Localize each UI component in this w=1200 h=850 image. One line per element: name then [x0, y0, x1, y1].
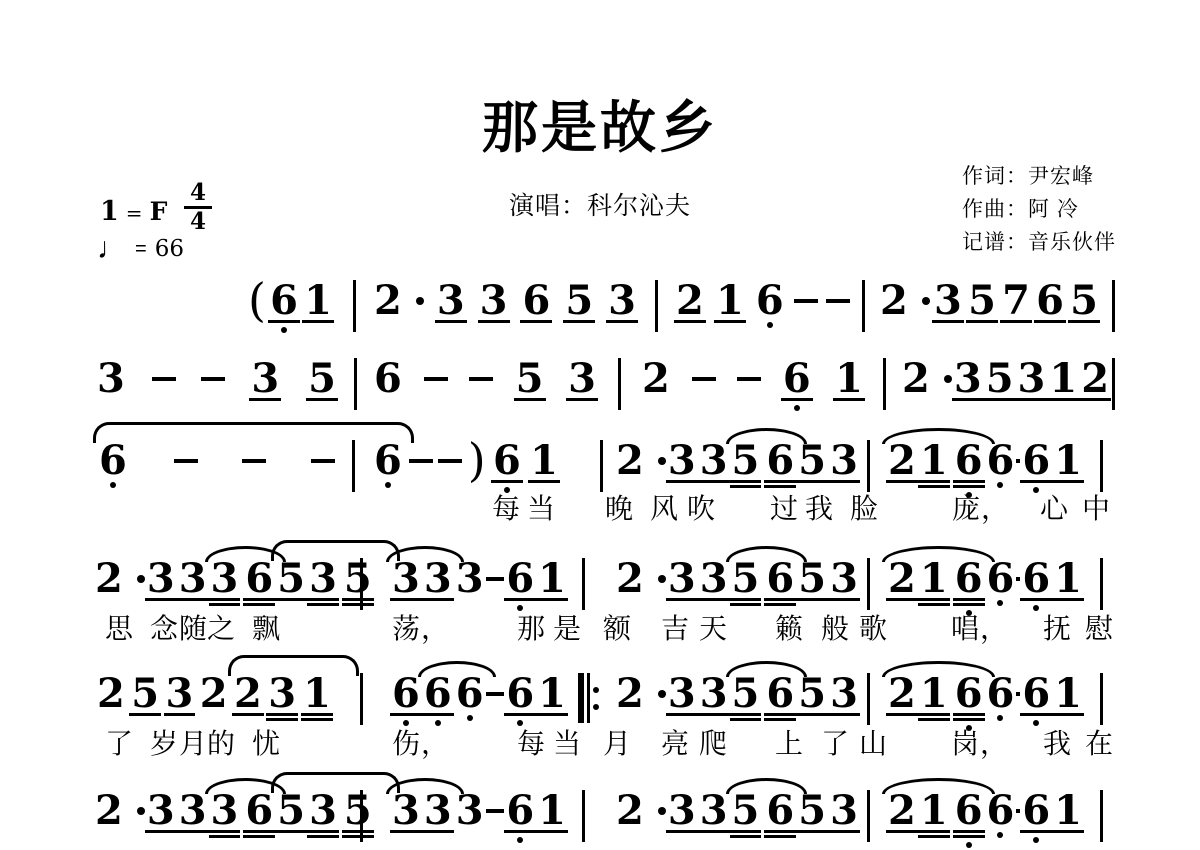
measure: 2335653: [614, 444, 854, 488]
note-digit: 1: [918, 794, 950, 838]
note-digit: 5: [342, 562, 374, 606]
note-number: 3: [435, 284, 467, 318]
beam-underline: [918, 830, 950, 833]
note-cell: 3: [1016, 362, 1048, 401]
beam-underline: [828, 480, 860, 483]
note-digit: 6: [764, 794, 796, 838]
note-cell: 16: [918, 677, 985, 731]
note-cell: 2: [878, 284, 930, 318]
slur-arc: [882, 778, 995, 794]
lyric-char: 飘: [252, 614, 280, 644]
note-digit: 6: [268, 284, 300, 333]
lyric-char: 额: [603, 614, 631, 644]
note-digit: 6: [985, 562, 1017, 606]
beam-underline: [918, 713, 950, 716]
note-number: 1: [1047, 362, 1079, 396]
note-cell: 6: [504, 794, 536, 843]
note-cell: 16: [918, 794, 985, 848]
note-number: 5: [275, 562, 307, 596]
note-number: 2: [614, 444, 646, 478]
lyric-char: 山: [859, 729, 887, 759]
beam-underline: [232, 713, 264, 716]
low-octave-dot: [435, 720, 441, 726]
note-digit: 6: [953, 677, 985, 731]
note-cell: 3: [932, 284, 964, 323]
note-digit: 3: [454, 562, 486, 596]
barline: [360, 673, 363, 725]
note-digit: 2: [232, 677, 264, 716]
measure: 23336535: [93, 794, 333, 838]
note-digit: 3: [177, 794, 209, 833]
barline: [883, 358, 886, 410]
tempo-equals: =: [135, 238, 147, 261]
low-octave-dot: [385, 482, 391, 488]
measure: 216661: [886, 444, 1084, 498]
beam-underline: [342, 830, 374, 833]
note-number: 6: [454, 677, 486, 711]
note-cell: 2: [640, 362, 672, 396]
note-cell: 3: [95, 362, 127, 396]
note-number: 3: [932, 284, 964, 318]
note-number: 1: [1052, 794, 1084, 828]
note-digit: 1: [1047, 362, 1079, 401]
slur-arc: [228, 655, 359, 676]
note-number: 2: [614, 677, 646, 711]
beam-underline: [666, 830, 698, 833]
note-cell: 5: [514, 362, 546, 401]
note-number: 2: [886, 444, 918, 478]
measure: 2335653: [614, 562, 854, 606]
slur-arc: [418, 661, 496, 677]
note-cell: 1: [1052, 794, 1084, 833]
beam-underline: [764, 598, 796, 601]
note-digit: 1: [1052, 562, 1084, 601]
augmentation-dot: [658, 457, 666, 465]
lyric-char: 风: [650, 494, 678, 524]
note-cell: 7: [1000, 284, 1032, 323]
lyric-char: 吹: [687, 494, 715, 524]
note-cell: 56: [730, 794, 797, 838]
note-number: 1: [528, 444, 560, 478]
note-cell: 3: [478, 284, 510, 323]
lyric-char: 了: [821, 729, 849, 759]
augmentation-dot: [658, 690, 666, 698]
note-number: 6: [520, 284, 552, 318]
beam-underline: [764, 485, 796, 488]
lyric-char: 天: [699, 614, 727, 644]
beam-underline: [932, 320, 964, 323]
note-number: 6: [953, 444, 985, 478]
note-cell: 3: [566, 362, 598, 401]
note-number: 3: [307, 562, 339, 596]
note-digit: 6: [372, 444, 404, 488]
note-number: 1: [918, 444, 950, 478]
lyric-char: 慰: [1085, 614, 1113, 644]
beam-underline: [528, 480, 560, 483]
note-cell: 6: [504, 562, 536, 611]
lyric-char: 脸: [850, 494, 878, 524]
note-cell: 3: [828, 444, 860, 483]
note-digit: 3: [266, 677, 298, 721]
note-cell: 2: [900, 362, 952, 396]
beam-underline: [953, 718, 985, 721]
note-number: 3: [145, 794, 177, 828]
note-number: 1: [1052, 444, 1084, 478]
note-cell: 3: [454, 562, 486, 596]
note-digit: 3: [390, 794, 422, 833]
lyric-char: ，: [980, 614, 1008, 644]
note-number: 2: [1079, 362, 1111, 396]
beam-underline: [1016, 398, 1048, 401]
barline: [867, 790, 870, 842]
note-number: 5: [796, 562, 828, 596]
augmentation-dot: [658, 807, 666, 815]
note-number: 1: [1052, 562, 1084, 596]
note-digit: 1: [302, 284, 334, 323]
beam-underline: [342, 835, 374, 838]
note-cell: 5: [275, 562, 307, 601]
beam-underline: [730, 485, 762, 488]
note-digit: 2: [198, 677, 230, 711]
note-number: 1: [918, 562, 950, 596]
note-digit: 2: [640, 362, 672, 396]
beam-underline: [796, 598, 828, 601]
note-number: 5: [966, 284, 998, 318]
note-cell: 3: [666, 562, 698, 601]
key-equals: =: [126, 201, 143, 225]
note-number: 6: [504, 677, 536, 711]
beam-underline: [796, 713, 828, 716]
note-cell: 3: [422, 562, 454, 601]
note-digit: 6: [390, 677, 422, 726]
lyric-char: 吉: [661, 614, 689, 644]
sheet-music-page: 那是故乡 演唱：科尔沁夫 作词：尹宏峰 作曲：阿 冷 记谱：音乐伙伴 1 = F…: [0, 0, 1200, 850]
lyric-char: 在: [1085, 729, 1113, 759]
note-number: 3: [698, 677, 730, 711]
dash-note: [826, 299, 850, 303]
note-cell: 6: [1034, 284, 1066, 323]
note-cell: 6: [454, 677, 486, 721]
note-digit: 5: [514, 362, 546, 401]
lyric-char: 随: [179, 614, 207, 644]
note-digit: 3: [145, 794, 177, 833]
low-octave-dot: [1033, 487, 1039, 493]
slur-arc: [726, 546, 807, 562]
low-octave-dot: [1033, 605, 1039, 611]
note-digit: 1: [918, 562, 950, 606]
note-cell: 6: [1020, 677, 1052, 726]
note-digit: 3: [932, 284, 964, 323]
note-cell: 2: [614, 677, 666, 711]
measure: 2532231: [95, 677, 333, 721]
repeat-start-barline: [578, 673, 599, 723]
beam-underline: [422, 598, 454, 601]
beam-underline: [209, 830, 241, 833]
note-number: 6: [1034, 284, 1066, 318]
lyric-char: 庞: [952, 494, 980, 524]
beam-underline: [606, 320, 638, 323]
beam-underline: [764, 830, 796, 833]
beam-underline: [918, 485, 950, 488]
note-digit: 5: [984, 362, 1016, 401]
key-letter: F: [150, 197, 168, 226]
tempo-bpm: 66: [155, 236, 184, 262]
slur-arc: [882, 546, 995, 562]
dash-note: [438, 459, 462, 463]
measure: 216661: [886, 677, 1084, 731]
note-digit: 2: [886, 562, 918, 601]
note-digit: 3: [666, 444, 698, 483]
beam-underline: [730, 480, 762, 483]
beam-underline: [435, 320, 467, 323]
note-cell: 36: [209, 562, 276, 606]
note-digit: 5: [306, 362, 338, 401]
dash-note: [794, 299, 818, 303]
beam-underline: [1068, 320, 1100, 323]
note-number: 6: [985, 677, 1017, 711]
note-digit: 2: [1079, 362, 1111, 401]
measure: 216: [674, 284, 850, 328]
beam-underline: [666, 480, 698, 483]
lyric-char: 忧: [252, 729, 280, 759]
note-number: 5: [342, 794, 374, 828]
note-cell: 3: [145, 562, 177, 601]
beam-underline: [390, 713, 422, 716]
beam-underline: [520, 320, 552, 323]
note-digit: 1: [1052, 677, 1084, 716]
note-number: 2: [198, 677, 230, 711]
measure: 233653: [372, 284, 638, 323]
note-number: 2: [878, 284, 910, 318]
note-number: 3: [828, 562, 860, 596]
beam-underline: [1020, 713, 1052, 716]
note-cell: 1: [528, 444, 560, 483]
note-number: 6: [985, 444, 1017, 478]
note-digit: 3: [606, 284, 638, 323]
measure: 216661: [886, 794, 1084, 848]
note-digit: 5: [730, 677, 762, 721]
note-digit: 2: [372, 284, 404, 318]
lyric-char: 月: [603, 729, 631, 759]
augmentation-dot: [944, 375, 952, 383]
low-octave-dot: [966, 842, 972, 848]
low-octave-dot: [467, 715, 473, 721]
note-digit: 6: [504, 562, 536, 611]
note-number: 3: [828, 677, 860, 711]
note-digit: 5: [730, 562, 762, 606]
note-number: 6: [953, 562, 985, 596]
beam-underline: [1020, 830, 1052, 833]
note-number: 3: [666, 562, 698, 596]
note-cell: 1: [833, 362, 865, 401]
note-cell: 2: [674, 284, 706, 323]
augmentation-dot: [416, 297, 424, 305]
beam-underline: [886, 830, 918, 833]
note-digit: 6: [1034, 284, 1066, 323]
lyric-row-1: 每当晚风吹过我脸庞，心中: [0, 494, 1200, 524]
note-number: 3: [606, 284, 638, 318]
note-number: 3: [952, 362, 984, 396]
beam-underline: [1034, 320, 1066, 323]
augmentation-dot: [922, 297, 930, 305]
note-digit: 5: [730, 444, 762, 488]
note-digit: 6: [953, 562, 985, 616]
barline: [1100, 790, 1103, 842]
beam-underline: [302, 320, 334, 323]
note-digit: 2: [93, 562, 125, 596]
note-digit: 6: [1020, 794, 1052, 843]
note-digit: 2: [614, 562, 646, 596]
note-digit: 6: [764, 444, 796, 488]
note-cell: 6: [268, 284, 300, 333]
note-digit: 6: [985, 794, 1017, 838]
note-number: 3: [145, 562, 177, 596]
beam-underline: [145, 830, 177, 833]
note-digit: 3: [435, 284, 467, 323]
note-digit: 5: [1068, 284, 1100, 323]
beam-underline: [307, 598, 339, 601]
beam-underline: [886, 713, 918, 716]
note-digit: 1: [536, 677, 568, 716]
note-digit: 2: [614, 444, 646, 478]
note-cell: 35: [307, 562, 374, 606]
note-number: 5: [563, 284, 595, 318]
note-digit: 6: [953, 444, 985, 498]
note-cell: 3: [606, 284, 638, 323]
note-digit: 5: [796, 794, 828, 833]
note-number: 2: [95, 677, 127, 711]
low-octave-dot: [1033, 837, 1039, 843]
low-octave-dot: [1033, 720, 1039, 726]
note-cell: 2: [886, 444, 918, 483]
note-digit: 3: [666, 562, 698, 601]
note-number: 1: [833, 362, 865, 396]
note-digit: 1: [536, 794, 568, 833]
note-number: 6: [985, 794, 1017, 828]
measure: 33361: [390, 562, 568, 611]
beam-underline: [145, 598, 177, 601]
note-number: 2: [232, 677, 264, 711]
measure: 335: [95, 362, 338, 401]
note-number: 1: [302, 284, 334, 318]
beam-underline: [828, 830, 860, 833]
beam-underline: [886, 598, 918, 601]
note-digit: 3: [478, 284, 510, 323]
note-number: 6: [985, 562, 1017, 596]
beam-underline: [764, 835, 796, 838]
note-cell: 5: [796, 562, 828, 601]
low-octave-dot: [281, 327, 287, 333]
note-cell: 3: [952, 362, 984, 401]
note-cell: 5: [563, 284, 595, 323]
note-digit: 5: [129, 677, 161, 716]
transcriber-credit: 记谱：音乐伙伴: [962, 226, 1116, 259]
key-signature: 1 = F: [100, 196, 167, 227]
note-digit: 2: [93, 794, 125, 828]
lyric-char: 晚: [605, 494, 633, 524]
note-cell: 2: [232, 677, 264, 716]
note-number: 5: [730, 562, 762, 596]
note-number: 6: [764, 794, 796, 828]
note-digit: 5: [730, 794, 762, 838]
note-cell: 16: [918, 444, 985, 498]
note-cell: 5: [306, 362, 338, 401]
note-digit: 6: [243, 562, 275, 606]
note-number: 6: [953, 794, 985, 828]
note-cell: 6: [390, 677, 422, 726]
beam-underline: [307, 830, 339, 833]
beam-underline: [243, 830, 275, 833]
note-digit: 2: [886, 677, 918, 716]
beam-underline: [714, 320, 746, 323]
beam-underline: [828, 598, 860, 601]
beam-underline: [730, 835, 762, 838]
beam-underline: [984, 398, 1016, 401]
note-cell: 1: [536, 562, 568, 601]
note-cell: 2: [614, 562, 666, 596]
beam-underline: [514, 398, 546, 401]
measure: 23336535: [93, 562, 333, 606]
note-cell: 2: [614, 444, 666, 478]
note-number: 5: [129, 677, 161, 711]
note-number: 6: [268, 284, 300, 318]
beam-underline: [781, 398, 813, 401]
note-digit: 6: [504, 677, 536, 726]
lyric-char: 爬: [699, 729, 727, 759]
note-number: 6: [504, 562, 536, 596]
barline: [354, 358, 357, 410]
beam-underline: [953, 835, 985, 838]
beam-underline: [275, 830, 307, 833]
note-cell: 6: [985, 794, 1017, 838]
note-cell: 3: [666, 677, 698, 716]
note-cell: 2: [93, 562, 145, 596]
beam-underline: [918, 598, 950, 601]
dash-note: [469, 377, 493, 381]
note-number: 6: [1020, 794, 1052, 828]
note-number: 3: [209, 794, 241, 828]
note-cell: 1: [1047, 362, 1079, 401]
beam-underline: [698, 713, 730, 716]
note-digit: 5: [966, 284, 998, 323]
slur-arc: [271, 540, 400, 561]
note-number: 6: [372, 362, 404, 396]
note-digit: 6: [520, 284, 552, 323]
lyric-char: 每: [492, 494, 520, 524]
measure: 66661: [390, 677, 568, 726]
low-octave-dot: [110, 482, 116, 488]
beam-underline: [478, 320, 510, 323]
note-cell: 1: [1052, 444, 1084, 483]
beam-underline: [536, 830, 568, 833]
beam-underline: [1000, 320, 1032, 323]
note-digit: 3: [698, 562, 730, 601]
lyric-char: 中: [1082, 494, 1110, 524]
repeat-thin-bar: [587, 673, 590, 723]
beam-underline: [1020, 598, 1052, 601]
note-number: 3: [1016, 362, 1048, 396]
note-cell: 3: [164, 677, 196, 716]
beam-underline: [243, 835, 275, 838]
note-cell: 3: [390, 794, 422, 833]
lyric-char: 心: [1040, 494, 1068, 524]
note-digit: 6: [764, 677, 796, 721]
dash-note: [737, 377, 761, 381]
beam-underline: [886, 480, 918, 483]
beam-underline: [764, 603, 796, 606]
note-digit: 3: [145, 562, 177, 601]
note-number: 3: [666, 444, 698, 478]
